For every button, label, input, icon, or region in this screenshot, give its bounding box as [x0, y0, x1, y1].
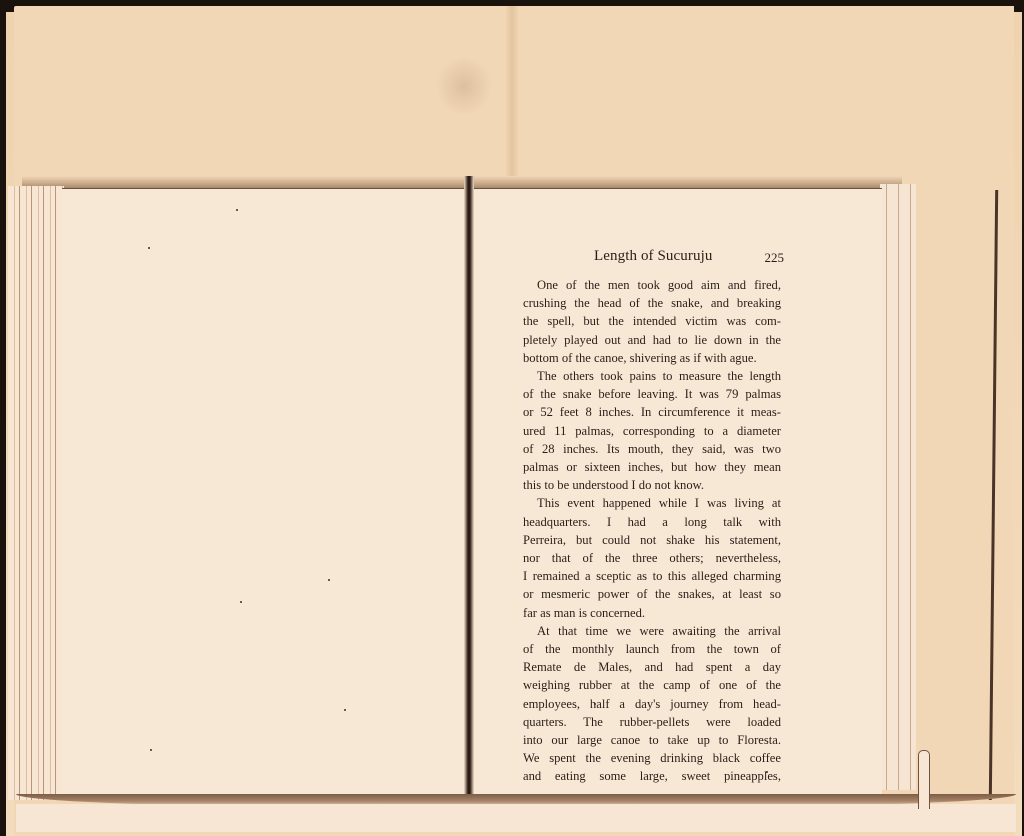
- speck: [328, 579, 330, 581]
- text-line: I remained a sceptic as to this alleged …: [523, 567, 781, 585]
- text-line: into our large canoe to take up to Flore…: [523, 731, 781, 749]
- text-line: or mesmeric power of the snakes, at leas…: [523, 585, 781, 603]
- text-line: of 28 inches. Its mouth, they said, was …: [523, 440, 781, 458]
- text-line: nor that of the three others; neverthele…: [523, 549, 781, 567]
- text-line: and eating some large, sweet pineapples,: [523, 767, 781, 785]
- speck: [240, 601, 242, 603]
- book-bottom-board: [16, 804, 1016, 832]
- text-line: employees, half a day's journey from hea…: [523, 695, 781, 713]
- text-line: Perreira, but could not shake his statem…: [523, 531, 781, 549]
- text-line: headquarters. I had a long talk with: [523, 513, 781, 531]
- speck: [150, 749, 152, 751]
- text-line: of the monthly launch from the town of: [523, 640, 781, 658]
- page-number: 225: [765, 250, 785, 266]
- body-text: One of the men took good aim and fired, …: [523, 276, 781, 786]
- speck: [236, 209, 238, 211]
- left-page-stack: [8, 186, 64, 800]
- speck: [344, 709, 346, 711]
- text-line: This event happened while I was living a…: [523, 494, 781, 512]
- paper-smudge: [436, 56, 492, 116]
- text-line: crushing the head of the snake, and brea…: [523, 294, 781, 312]
- text-line: The others took pains to measure the len…: [523, 367, 781, 385]
- text-line: We spent the evening drinking black coff…: [523, 749, 781, 767]
- outer-book-gutter: [505, 6, 519, 176]
- right-page-stack: [880, 184, 916, 790]
- text-line: the spell, but the intended victim was c…: [523, 312, 781, 330]
- book-gutter: [464, 176, 474, 806]
- text-line: far as man is concerned.: [523, 604, 781, 622]
- text-line: of the snake before leaving. It was 79 p…: [523, 385, 781, 403]
- text-line: bottom of the canoe, shivering as if wit…: [523, 349, 781, 367]
- text-line: Remate de Males, and had spent a day: [523, 658, 781, 676]
- paragraph-1: One of the men took good aim and fired, …: [523, 276, 781, 367]
- text-line: quarters. The rubber-pellets were loaded: [523, 713, 781, 731]
- bookmark-tab: [918, 750, 930, 809]
- text-line: pletely played out and had to lie down i…: [523, 331, 781, 349]
- left-page: [62, 188, 466, 801]
- text-line: ured 11 palmas, corresponding to a diame…: [523, 422, 781, 440]
- text-line: One of the men took good aim and fired,: [523, 276, 781, 294]
- running-title: Length of Sucuruju: [594, 248, 712, 265]
- page-header: Length of Sucuruju 225: [594, 248, 784, 268]
- paragraph-2: The others took pains to measure the len…: [523, 367, 781, 494]
- text-line: or 52 feet 8 inches. In circumference it…: [523, 403, 781, 421]
- text-line: weighing rubber at the camp of one of th…: [523, 676, 781, 694]
- paragraph-3: This event happened while I was living a…: [523, 494, 781, 621]
- text-line: palmas or sixteen inches, but how they m…: [523, 458, 781, 476]
- paragraph-4: At that time we were awaiting the arriva…: [523, 622, 781, 786]
- text-line: At that time we were awaiting the arriva…: [523, 622, 781, 640]
- speck: [148, 247, 150, 249]
- text-line: this to be understood I do not know.: [523, 476, 781, 494]
